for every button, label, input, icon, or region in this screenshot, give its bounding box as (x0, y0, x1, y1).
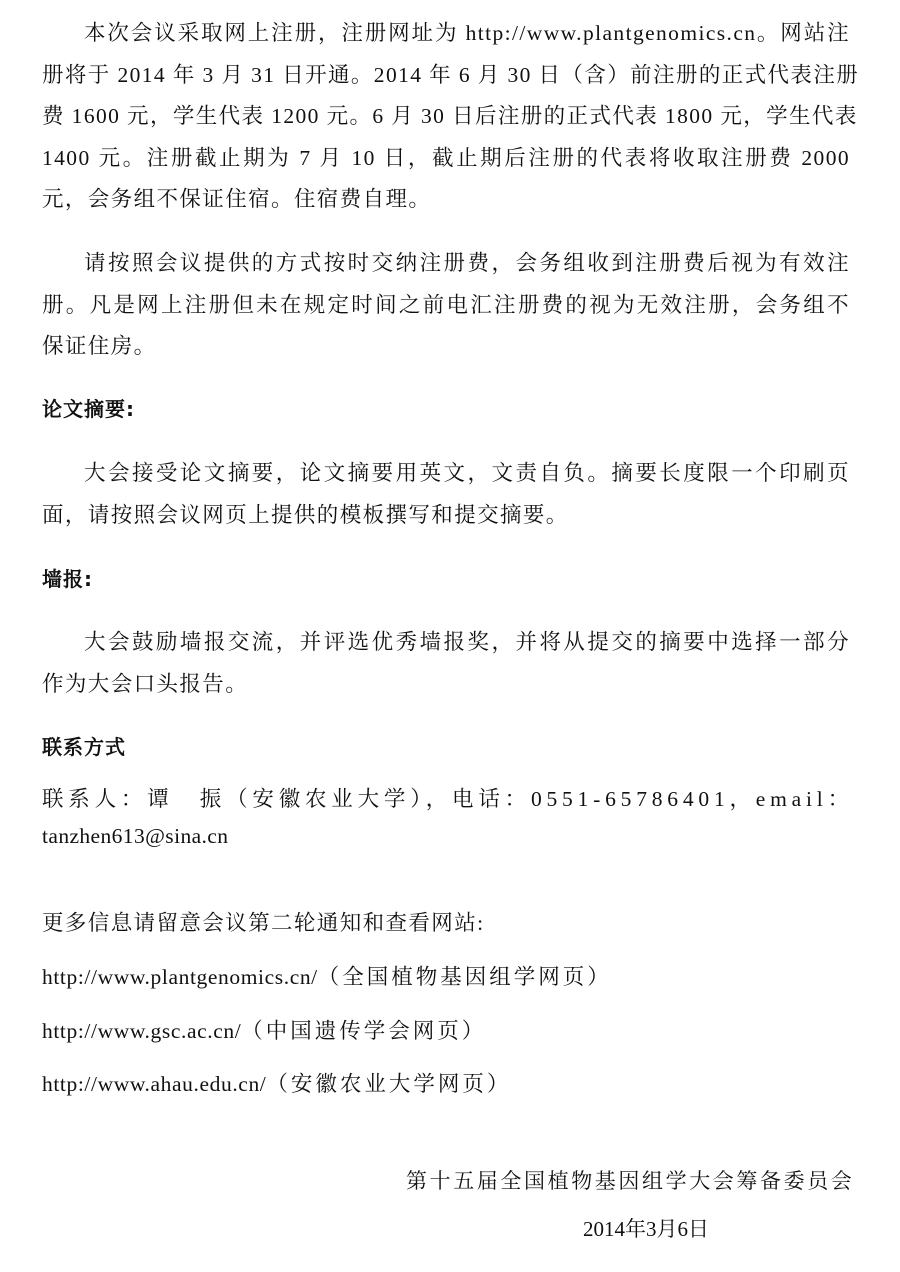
document-page: 本次会议采取网上注册，注册网址为 http://www.plantgenomic… (0, 0, 900, 1272)
registration-line-5: 元，会务组不保证住宿。住宿费自理。 (42, 184, 431, 214)
payment-line-1: 请按照会议提供的方式按时交纳注册费，会务组收到注册费后视为有效注 (84, 248, 850, 278)
link-row-gsc: http://www.gsc.ac.cn/（中国遗传学会网页） (42, 1016, 486, 1046)
payment-line-3: 保证住房。 (42, 331, 157, 361)
signature-date: 2014年3月6日 (583, 1214, 709, 1244)
registration-line-3: 费 1600 元，学生代表 1200 元。6 月 30 日后注册的正式代表 18… (42, 101, 850, 131)
link-plantgenomics[interactable]: http://www.plantgenomics.cn/ (42, 965, 318, 989)
link-row-ahau: http://www.ahau.edu.cn/（安徽农业大学网页） (42, 1069, 511, 1099)
registration-line-1: 本次会议采取网上注册，注册网址为 http://www.plantgenomic… (84, 18, 850, 48)
link-ahau-desc: （安徽农业大学网页） (266, 1072, 511, 1096)
contact-heading: 联系方式 (42, 732, 126, 762)
link-plantgenomics-desc: （全国植物基因组学网页） (318, 965, 612, 989)
link-ahau[interactable]: http://www.ahau.edu.cn/ (42, 1072, 266, 1096)
abstract-line-1: 大会接受论文摘要，论文摘要用英文，文责自负。摘要长度限一个印刷页 (84, 458, 850, 488)
poster-heading: 墙报: (42, 564, 93, 594)
link-gsc-desc: （中国遗传学会网页） (241, 1019, 486, 1043)
abstract-line-2: 面，请按照会议网页上提供的模板撰写和提交摘要。 (42, 500, 569, 530)
payment-line-2: 册。凡是网上注册但未在规定时间之前电汇注册费的视为无效注册，会务组不 (42, 290, 850, 320)
poster-line-1: 大会鼓励墙报交流，并评选优秀墙报奖，并将从提交的摘要中选择一部分 (84, 627, 850, 657)
poster-line-2: 作为大会口头报告。 (42, 669, 248, 699)
abstract-heading: 论文摘要: (42, 394, 135, 424)
contact-email-link[interactable]: tanzhen613@sina.cn (42, 821, 228, 851)
contact-line: 联系人：谭 振（安徽农业大学），电话：0551-65786401，email： (42, 784, 850, 814)
link-gsc[interactable]: http://www.gsc.ac.cn/ (42, 1019, 241, 1043)
more-info-intro: 更多信息请留意会议第二轮通知和查看网站: (42, 908, 484, 938)
registration-line-2: 册将于 2014 年 3 月 31 日开通。2014 年 6 月 30 日（含）… (42, 60, 850, 90)
link-row-plantgenomics: http://www.plantgenomics.cn/（全国植物基因组学网页） (42, 962, 612, 992)
organizer-name: 第十五届全国植物基因组学大会筹备委员会 (406, 1166, 854, 1196)
registration-line-4: 1400 元。注册截止期为 7 月 10 日，截止期后注册的代表将收取注册费 2… (42, 143, 850, 173)
